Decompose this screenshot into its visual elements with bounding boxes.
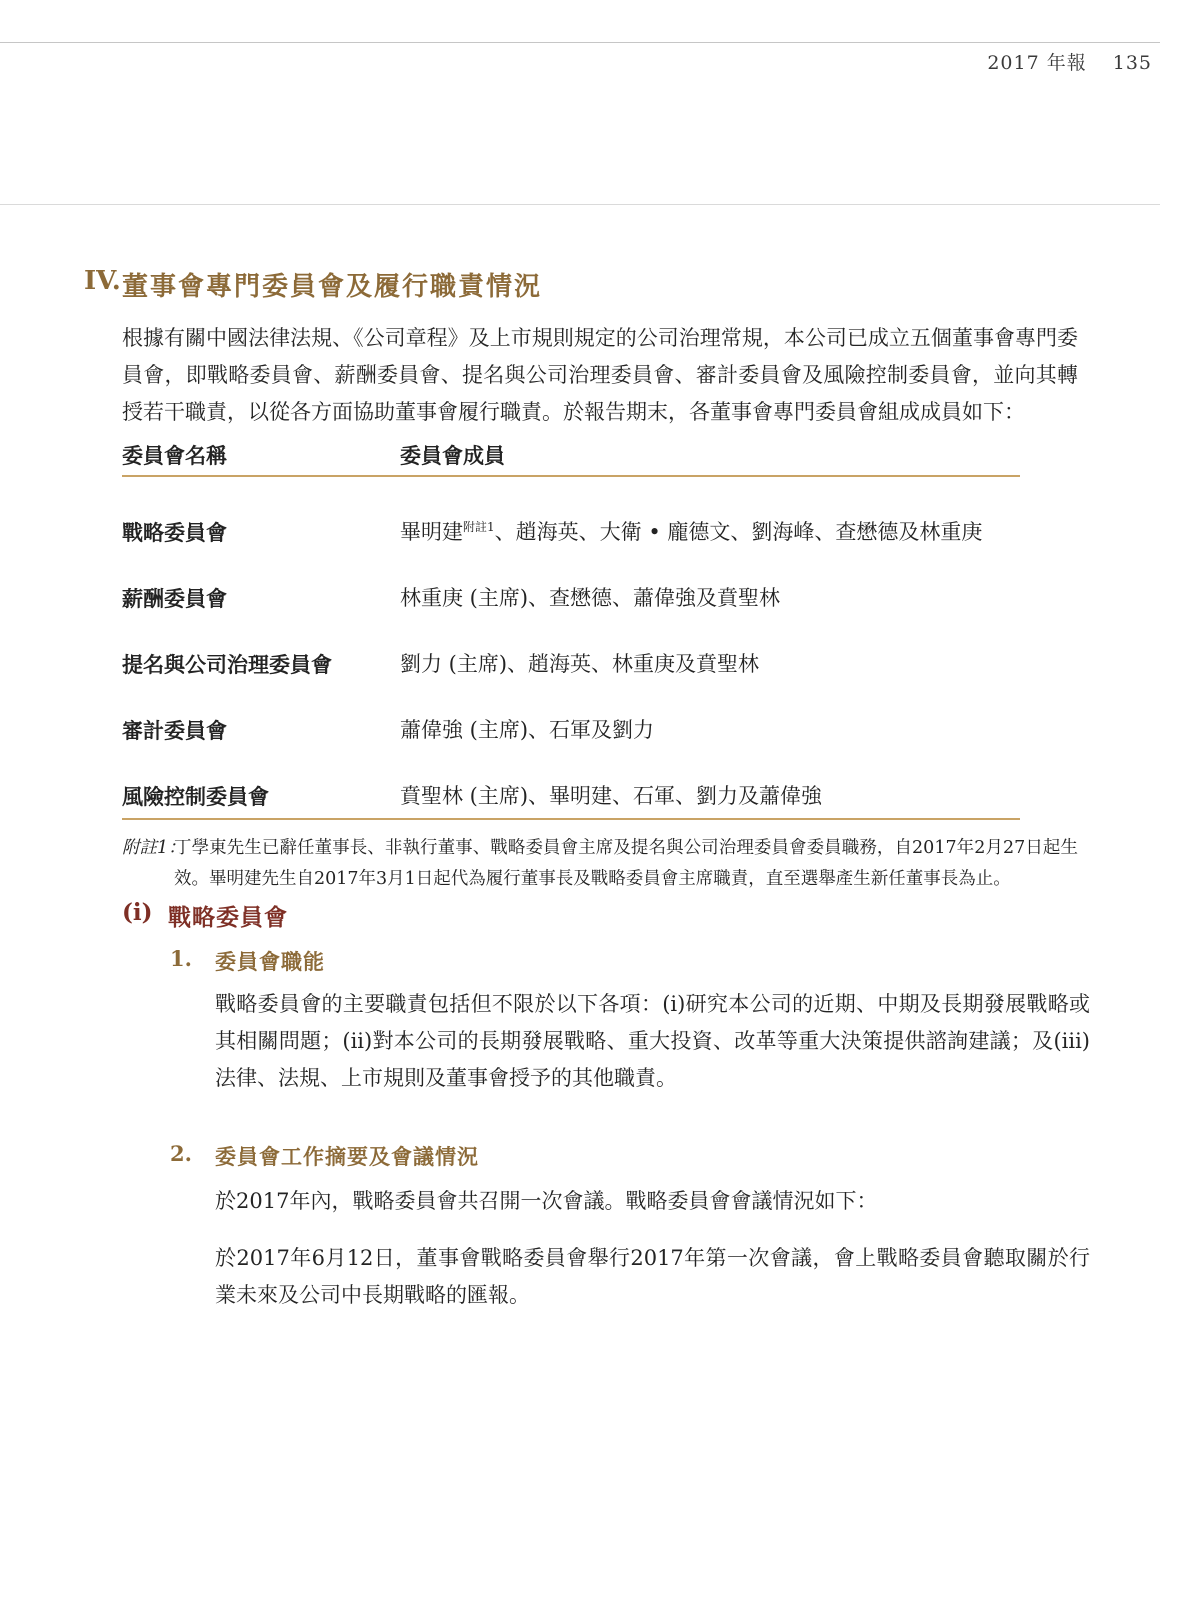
table-row: 提名與公司治理委員會 劉力 (主席)、趙海英、林重庚及賁聖林 [122, 650, 1020, 679]
item-1-paragraph: 戰略委員會的主要職責包括但不限於以下各項：(i)研究本公司的近期、中期及長期發展… [215, 986, 1090, 1097]
subsection-number: (i) [122, 899, 168, 932]
header-divider [0, 204, 1160, 205]
item-2-heading: 2. 委員會工作摘要及會議情況 [170, 1141, 479, 1171]
committee-members: 林重庚 (主席)、查懋德、蕭偉強及賁聖林 [400, 584, 1020, 613]
item-2-title: 委員會工作摘要及會議情況 [215, 1141, 479, 1171]
table-row: 薪酬委員會 林重庚 (主席)、查懋德、蕭偉強及賁聖林 [122, 584, 1020, 613]
member-names: 、趙海英、大衛 • 龐德文、劉海峰、查懋德及林重庚 [495, 520, 983, 544]
section-title: 董事會專門委員會及履行職責情況 [122, 266, 542, 303]
item-2-paragraph-2: 於2017年6月12日，董事會戰略委員會舉行2017年第一次會議，會上戰略委員會… [215, 1240, 1090, 1314]
footnote-reference: 附註1 [463, 520, 495, 534]
table-row: 戰略委員會 畢明建附註1、趙海英、大衛 • 龐德文、劉海峰、查懋德及林重庚 [122, 518, 1020, 547]
footnote-label: 附註1： [122, 833, 186, 864]
report-title: 2017 年報 [987, 52, 1086, 74]
section-number: IV. [84, 266, 122, 303]
table-bottom-rule [122, 818, 1020, 820]
committee-name: 薪酬委員會 [122, 584, 400, 613]
committee-name: 審計委員會 [122, 716, 400, 745]
committee-table: 委員會名稱 委員會成員 戰略委員會 畢明建附註1、趙海英、大衛 • 龐德文、劉海… [122, 441, 1020, 820]
item-1-title: 委員會職能 [215, 946, 325, 976]
page-header: 2017 年報135 [987, 48, 1152, 75]
section-heading: IV. 董事會專門委員會及履行職責情況 [84, 266, 542, 303]
item-2-number: 2. [170, 1141, 215, 1171]
item-2-paragraph-1: 於2017年內，戰略委員會共召開一次會議。戰略委員會會議情況如下： [215, 1183, 1090, 1220]
committee-members: 畢明建附註1、趙海英、大衛 • 龐德文、劉海峰、查懋德及林重庚 [400, 518, 1020, 547]
table-header-rule [122, 475, 1020, 477]
subsection-heading: (i) 戰略委員會 [122, 899, 288, 932]
table-row: 審計委員會 蕭偉強 (主席)、石軍及劉力 [122, 716, 1020, 745]
column-header-committee-name: 委員會名稱 [122, 441, 400, 470]
committee-members: 蕭偉強 (主席)、石軍及劉力 [400, 716, 1020, 745]
committee-members: 劉力 (主席)、趙海英、林重庚及賁聖林 [400, 650, 1020, 679]
page-number: 135 [1113, 52, 1152, 74]
committee-name: 風險控制委員會 [122, 782, 400, 811]
committee-name: 提名與公司治理委員會 [122, 650, 400, 679]
item-1-number: 1. [170, 946, 215, 976]
footnote: 附註1： 丁學東先生已辭任董事長、非執行董事、戰略委員會主席及提名與公司治理委員… [122, 833, 1078, 895]
footnote-text: 丁學東先生已辭任董事長、非執行董事、戰略委員會主席及提名與公司治理委員會委員職務… [122, 833, 1078, 895]
column-header-committee-members: 委員會成員 [400, 441, 1020, 470]
table-header-row: 委員會名稱 委員會成員 [122, 441, 1020, 470]
committee-name: 戰略委員會 [122, 518, 400, 547]
document-page: 2017 年報135 IV. 董事會專門委員會及履行職責情況 根據有關中國法律法… [0, 0, 1190, 1615]
section-intro-paragraph: 根據有關中國法律法規、《公司章程》及上市規則規定的公司治理常規，本公司已成立五個… [122, 320, 1078, 431]
member-name: 畢明建 [400, 520, 463, 544]
committee-members: 賁聖林 (主席)、畢明建、石軍、劉力及蕭偉強 [400, 782, 1020, 811]
subsection-title: 戰略委員會 [168, 899, 288, 932]
top-divider [0, 42, 1160, 43]
item-1-heading: 1. 委員會職能 [170, 946, 325, 976]
table-row: 風險控制委員會 賁聖林 (主席)、畢明建、石軍、劉力及蕭偉強 [122, 782, 1020, 811]
